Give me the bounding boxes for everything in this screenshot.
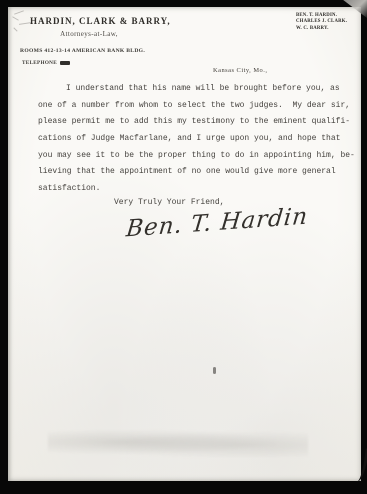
- page-speck-mark: [213, 367, 216, 374]
- telephone-number-illegible-mark: [60, 61, 70, 65]
- letterhead-address: ROOMS 412-13-14 AMERICAN BANK BLDG.: [20, 48, 145, 54]
- handwritten-signature: Ben. T. Hardin: [125, 202, 337, 243]
- partner-name: W. C. BARRY.: [296, 26, 352, 32]
- page-edge-curl-mark: [353, 447, 367, 482]
- letterhead-firm-name: HARDIN, CLARK & BARRY,: [30, 16, 148, 26]
- letterhead-telephone: TELEPHONE: [22, 60, 70, 66]
- letterhead-practice-line: Attorneys-at-Law,: [30, 30, 148, 38]
- body-line: lieving that the appointment of no one w…: [38, 164, 353, 181]
- body-line: please permit me to add this my testimon…: [38, 114, 353, 131]
- telephone-label: TELEPHONE: [22, 60, 57, 66]
- dateline: Kansas City, Mo.,: [213, 67, 267, 74]
- body-line: I understand that his name will be broug…: [38, 81, 353, 98]
- partner-name: CHARLES J. CLARK.: [296, 19, 352, 25]
- letter-page: HARDIN, CLARK & BARRY, Attorneys-at-Law,…: [8, 7, 361, 481]
- body-line: cations of Judge Macfarlane, and I urge …: [38, 131, 353, 148]
- letter-body: I understand that his name will be broug…: [38, 81, 353, 198]
- body-line: you may see it to be the proper thing to…: [38, 148, 353, 165]
- scanned-letter-screenshot: { "document": { "letterhead": { "firm_na…: [0, 0, 367, 494]
- closing-line: Very Truly Your Friend,: [114, 198, 224, 207]
- pencil-scribble-marks: [10, 9, 40, 39]
- scan-smudge: [48, 427, 308, 457]
- letterhead-partner-names: BEN. T. HARDIN. CHARLES J. CLARK. W. C. …: [296, 13, 352, 32]
- body-line: one of a number from whom to select the …: [38, 98, 353, 115]
- body-line: satisfaction.: [38, 181, 353, 198]
